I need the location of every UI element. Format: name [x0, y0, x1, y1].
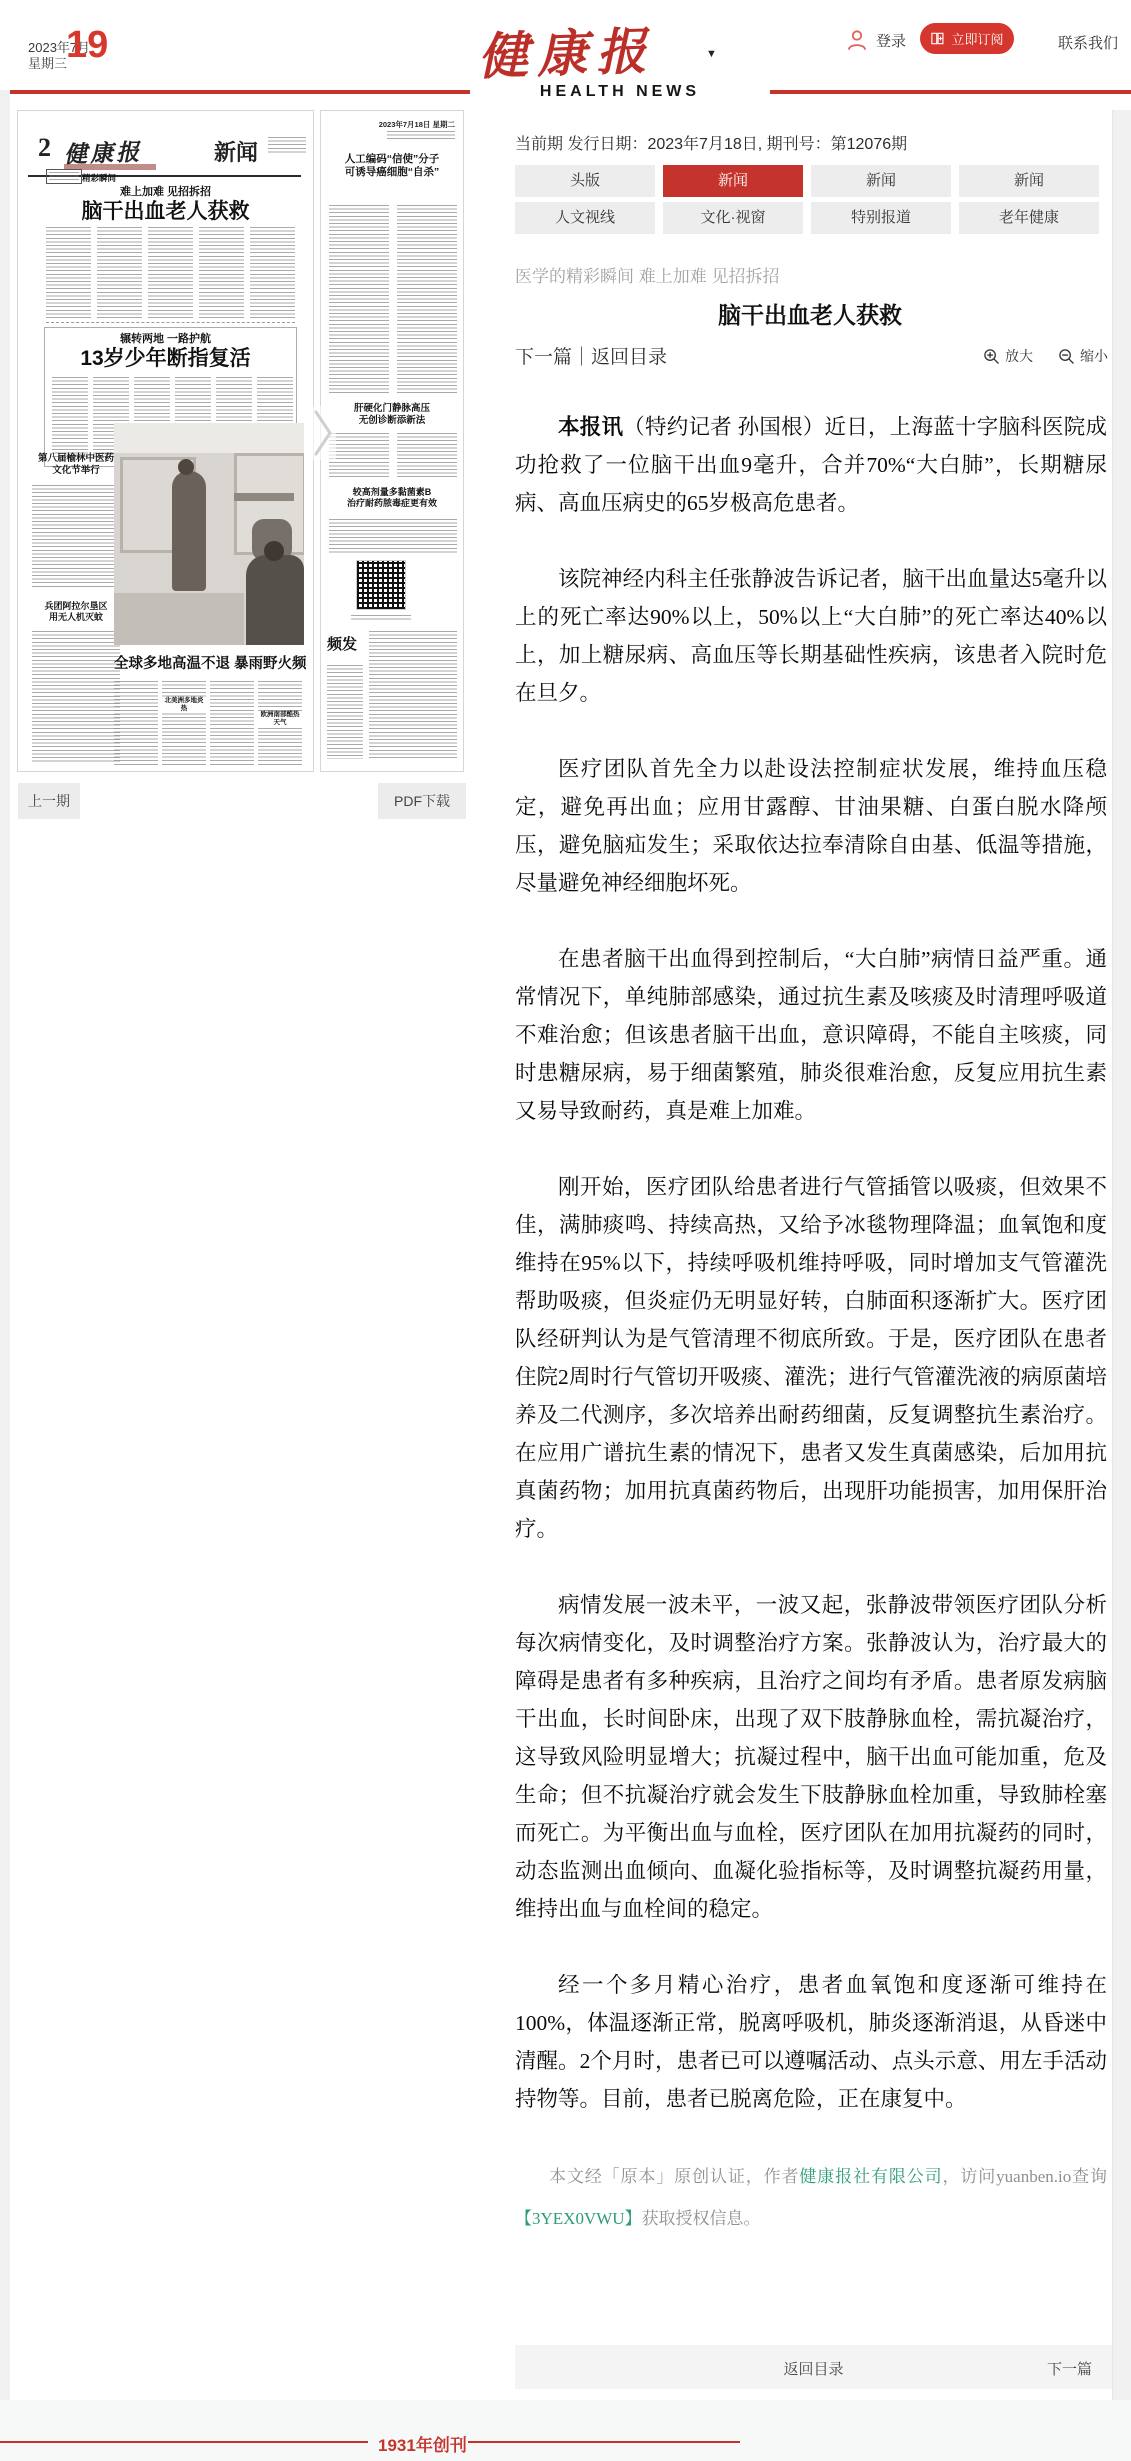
thumb-dateline	[268, 137, 306, 153]
tab-humanities[interactable]: 人文视线	[515, 202, 655, 234]
tab-front-page[interactable]: 头版	[515, 165, 655, 197]
article-paragraph: 刚开始，医疗团队给患者进行气管插管以吸痰，但效果不佳，满肺痰鸣、持续高热，又给予…	[515, 1168, 1107, 1548]
dormitory-photo	[114, 423, 304, 645]
col-headline-1b: 文化节举行	[30, 465, 122, 477]
next-article-link[interactable]: 下一篇	[515, 347, 572, 368]
byline-lead: 本报讯	[558, 415, 623, 439]
attribution-code: 【3YEX0VWU】	[515, 2209, 642, 2228]
p3-headline-fragment: 频发	[327, 633, 357, 654]
art1-headline: 脑干出血老人获救	[18, 199, 313, 225]
thumb-page-number: 2	[38, 133, 51, 163]
founded-label: 1931年创刊	[378, 2431, 467, 2456]
p3-dateline: 2023年7月18日 星期二	[349, 119, 455, 130]
site-footer: 1931年创刊	[0, 2400, 1131, 2461]
p3-headline-2b: 无创诊断添新法	[331, 415, 453, 427]
attribution-text: 获取授权信息。	[642, 2209, 761, 2228]
p3-headline-1b: 可诱导癌细胞“自杀”	[327, 166, 457, 179]
tab-special-report[interactable]: 特别报道	[811, 202, 951, 234]
attribution-text: 本文经「原本」原创认证，作者	[549, 2167, 799, 2186]
brand-subtitle-text: HEALTH NEWS	[540, 83, 700, 100]
article-paragraph: 在患者脑干出血得到控制后，“大白肺”病情日益严重。通常情况下，单纯肺部感染，通过…	[515, 940, 1107, 1130]
art2-kicker: 辗转两地 一路护航	[18, 333, 313, 347]
article-kicker: 医学的精彩瞬间 难上加难 见招拆招	[515, 262, 779, 287]
art1-col	[46, 227, 91, 319]
header: 2023年7月 星期三 19 健康报 ▼ 登录 立即订阅 联系我们	[0, 0, 1131, 90]
p3-headline-3b: 治疗耐药脓毒症更有效	[329, 498, 455, 509]
col-text	[32, 631, 120, 763]
newspaper-page2-thumbnail[interactable]: 2 健康报 新闻 精彩瞬间 难上加难 见招拆招 脑干出血老人获救 辗转两地 一路…	[17, 110, 314, 772]
art1-col	[97, 227, 142, 319]
p3-col	[369, 631, 457, 759]
p3-date-sub	[387, 131, 455, 140]
p3-col	[329, 519, 457, 553]
attribution-company-link[interactable]: 健康报社有限公司	[799, 2167, 942, 2186]
brand-logo[interactable]: 健康报 ▼	[478, 14, 708, 86]
left-gutter	[0, 0, 10, 2400]
p3-headline-2: 肝硬化门静脉高压 无创诊断添新法	[331, 403, 453, 427]
paragraph-text: 在患者脑干出血得到控制后，“大白肺”病情日益严重。通常情况下，单纯肺部感染，通过…	[515, 947, 1107, 1123]
today-day: 19	[66, 26, 108, 64]
zoom-out-label: 缩小	[1080, 346, 1108, 366]
p3-col	[397, 205, 457, 393]
pager-next-article[interactable]: 下一篇	[1047, 2358, 1092, 2379]
art3-col	[114, 681, 158, 765]
art3-col	[210, 681, 254, 765]
col-headline-1a: 第八届榆林中医药	[30, 453, 122, 465]
subscribe-label: 立即订阅	[951, 29, 1003, 48]
article-paragraph: 病情发展一波未平，一波又起，张静波带领医疗团队分析每次病情变化，及时调整治疗方案…	[515, 1586, 1107, 1928]
tab-culture[interactable]: 文化·视窗	[663, 202, 803, 234]
col-headline-2b: 用无人机灭蚊	[34, 612, 118, 623]
tab-news-3[interactable]: 新闻	[959, 165, 1099, 197]
login-link[interactable]: 登录	[876, 30, 906, 51]
col-headline-2: 兵团阿拉尔垦区 用无人机灭蚊	[34, 601, 118, 624]
newspaper-page3-thumbnail[interactable]: 2023年7月18日 星期二 人工编码“信使”分子 可诱导癌细胞“自杀” 肝硬化…	[320, 110, 464, 772]
article-paragraph: 医疗团队首先全力以赴设法控制症状发展，维持血压稳定，避免再出血；应用甘露醇、甘油…	[515, 750, 1107, 902]
copyright-attribution: 本文经「原本」原创认证，作者健康报社有限公司，访问yuanben.io查询【3Y…	[515, 2156, 1107, 2240]
p3-headline-1: 人工编码“信使”分子 可诱导癌细胞“自杀”	[327, 153, 457, 179]
tab-news-active[interactable]: 新闻	[663, 165, 803, 197]
art1-tag-label: 精彩瞬间	[82, 173, 116, 184]
art1-col	[250, 227, 295, 319]
art1-kicker: 难上加难 见招拆招	[18, 186, 313, 200]
col-headline-1: 第八届榆林中医药 文化节举行	[30, 453, 122, 477]
art3-subhead-2: 欧洲南部酷热天气	[258, 711, 302, 727]
art3-headline: 全球多地高温不退 暴雨野火频发	[114, 652, 306, 673]
issue-info: 当前期 发行日期：2023年7月18日, 期刊号：第12076期	[515, 131, 907, 154]
p3-headline-3: 较高剂量多黏菌素B 治疗耐药脓毒症更有效	[329, 487, 455, 510]
art3-subhead-1: 北美洲多地炎热	[162, 697, 206, 713]
previous-issue-button[interactable]: 上一期	[18, 783, 80, 819]
p3-headline-2a: 肝硬化门静脉高压	[331, 403, 453, 415]
contact-link[interactable]: 联系我们	[1058, 32, 1118, 53]
col-headline-2a: 兵团阿拉尔垦区	[34, 601, 118, 612]
thumb-section-label: 新闻	[214, 136, 258, 167]
p3-col	[327, 665, 363, 759]
zoom-in-icon	[983, 348, 1000, 365]
p3-headline-1a: 人工编码“信使”分子	[327, 153, 457, 166]
back-to-toc-link[interactable]: 返回目录	[591, 347, 667, 368]
zoom-out-control[interactable]: 缩小	[1058, 346, 1108, 366]
art1-col	[199, 227, 244, 319]
zoom-in-control[interactable]: 放大	[983, 346, 1033, 366]
qr-code	[357, 561, 405, 609]
paragraph-text: 病情发展一波未平，一波又起，张静波带领医疗团队分析每次病情变化，及时调整治疗方案…	[515, 1593, 1107, 1921]
article-paragraph: 该院神经内科主任张静波告诉记者，脑干出血量达5毫升以上的死亡率达90%以上，50…	[515, 560, 1107, 712]
col-text	[32, 485, 120, 589]
p3-col	[397, 433, 457, 479]
article-nav: 下一篇｜返回目录	[515, 342, 667, 369]
paragraph-text: 医疗团队首先全力以赴设法控制症状发展，维持血压稳定，避免再出血；应用甘露醇、甘油…	[515, 757, 1107, 895]
subscribe-book-icon	[930, 31, 945, 46]
footer-rule-right	[468, 2441, 740, 2443]
art3-col	[162, 681, 206, 765]
user-icon	[846, 28, 868, 52]
article-body: 本报讯（特约记者 孙国根）近日，上海蓝十字脑科医院成功抢救了一位脑干出血9毫升，…	[515, 408, 1107, 2240]
art1-tag-box	[46, 169, 82, 184]
zoom-out-icon	[1058, 348, 1075, 365]
subscribe-button[interactable]: 立即订阅	[920, 23, 1014, 54]
chevron-down-icon[interactable]: ▼	[706, 48, 717, 60]
page-title: 脑干出血老人获救	[515, 297, 1105, 330]
article-paragraph: 本报讯（特约记者 孙国根）近日，上海蓝十字脑科医院成功抢救了一位脑干出血9毫升，…	[515, 408, 1107, 522]
carousel-next-chevron-icon[interactable]	[310, 406, 336, 460]
pdf-download-button[interactable]: PDF下载	[378, 783, 466, 819]
tab-news-2[interactable]: 新闻	[811, 165, 951, 197]
paragraph-text: 经一个多月精心治疗，患者血氧饱和度逐渐可维持在100%，体温逐渐正常，脱离呼吸机…	[515, 1973, 1107, 2111]
p3-col	[329, 433, 389, 479]
art2-col	[52, 377, 88, 457]
article-divider	[46, 322, 295, 323]
brand-logo-script: 健康报	[477, 11, 656, 89]
zoom-in-label: 放大	[1005, 346, 1033, 366]
bottom-pager-bar: 返回目录 下一篇	[515, 2345, 1112, 2389]
pager-back-to-toc[interactable]: 返回目录	[515, 2358, 1112, 2379]
p3-col	[329, 205, 389, 393]
art2-headline: 13岁少年断指复活	[18, 346, 313, 372]
footer-rule-left	[0, 2441, 368, 2443]
attribution-text: ，访问yuanben.io查询	[943, 2167, 1108, 2186]
brand-subtitle: HEALTH NEWS	[470, 80, 770, 104]
p3-headline-3a: 较高剂量多黏菌素B	[329, 487, 455, 498]
login-group[interactable]: 登录	[846, 28, 906, 52]
scrollbar-track[interactable]	[1112, 110, 1131, 2461]
art1-col	[148, 227, 193, 319]
p3-qr-caption	[351, 615, 411, 622]
article-paragraph: 经一个多月精心治疗，患者血氧饱和度逐渐可维持在100%，体温逐渐正常，脱离呼吸机…	[515, 1966, 1107, 2118]
paragraph-text: 刚开始，医疗团队给患者进行气管插管以吸痰，但效果不佳，满肺痰鸣、持续高热，又给予…	[515, 1175, 1107, 1541]
nav-divider: ｜	[572, 347, 591, 368]
paragraph-text: 该院神经内科主任张静波告诉记者，脑干出血量达5毫升以上的死亡率达90%以上，50…	[515, 567, 1107, 705]
tab-senior-health[interactable]: 老年健康	[959, 202, 1099, 234]
